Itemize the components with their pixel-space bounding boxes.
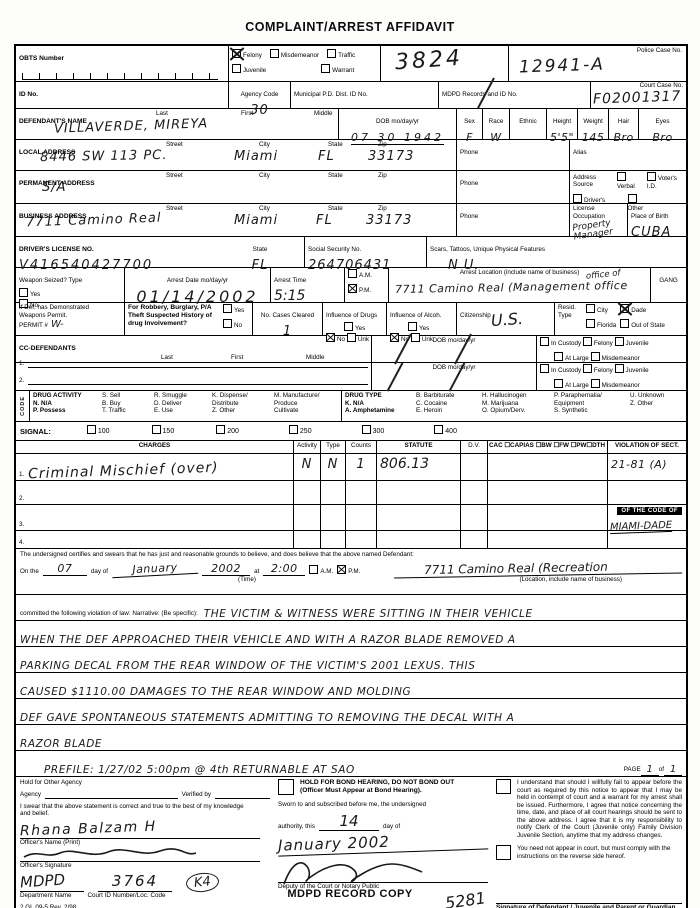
signal-400-checkbox bbox=[434, 425, 443, 434]
code-of-label: OF THE CODE OF bbox=[617, 507, 682, 515]
pm-option: P.M. bbox=[348, 284, 385, 295]
municipal-id-label: Municipal P.D. Dist. ID No. bbox=[294, 91, 368, 98]
officer-signature-label: Officer's Signature bbox=[20, 862, 270, 870]
charge-number: 2. bbox=[19, 495, 24, 503]
drug-activity-col-5: M. Manufacture/ Produce Cultivate bbox=[271, 391, 341, 421]
middle-label: Middle bbox=[306, 354, 325, 362]
violation-header: VIOLATION OF SECT. bbox=[607, 441, 686, 453]
resid-city-checkbox bbox=[586, 304, 595, 313]
street-label: Street bbox=[166, 205, 183, 213]
officer-print-line: Rhana Balzam H bbox=[20, 820, 260, 839]
arrest-date-label: Arrest Date mo/day/yr bbox=[167, 277, 228, 284]
weight-field: Weight145 bbox=[577, 109, 608, 139]
phone-label: Phone bbox=[460, 213, 478, 220]
charge-2-statute bbox=[376, 481, 460, 504]
charge-value: Criminal Mischief (over) bbox=[28, 460, 219, 483]
sworn-month-value: January 2002 bbox=[278, 832, 390, 854]
charge-4-warrant bbox=[487, 531, 607, 548]
code-column: CODE bbox=[16, 391, 29, 421]
oath-time-value: 2:00 bbox=[263, 562, 305, 576]
status-options-row2: At Large Misdemeanor bbox=[554, 352, 683, 363]
charge-1-warrant bbox=[487, 454, 607, 480]
drugs-yes-option: Yes bbox=[344, 322, 383, 333]
bond-hearing-text: HOLD FOR BOND HEARING, DO NOT BOND OUT (… bbox=[300, 779, 460, 795]
verified-blank-line bbox=[215, 790, 270, 799]
weight-label: Weight bbox=[583, 118, 602, 125]
oath-am-option: A.M. bbox=[309, 565, 333, 576]
arrest-location-value: 7711 Camino Real (Management office bbox=[395, 279, 628, 296]
permanent-address-value: S/A bbox=[42, 180, 67, 195]
ethnic-label: Ethnic bbox=[519, 118, 537, 125]
signal-250-checkbox bbox=[289, 425, 298, 434]
charge-4-dv bbox=[460, 531, 487, 548]
charge-4-statute bbox=[376, 531, 460, 548]
narrative-intro-label: committed the following violation of law… bbox=[20, 610, 198, 620]
arrest-time-label: Arrest Time bbox=[274, 277, 306, 284]
drivers-license-label: DRIVER'S LICENSE NO. bbox=[19, 246, 94, 253]
codefendant-1-field: CC-DEFENDANTS 1. Last First Middle bbox=[16, 336, 371, 362]
charge-number: 1. bbox=[19, 471, 24, 479]
code-label: CODE bbox=[20, 396, 26, 416]
unit-number-value: 3824 bbox=[394, 46, 464, 76]
zip-label: Zip bbox=[378, 172, 387, 180]
resid-dade-checkbox bbox=[620, 304, 629, 313]
pm-checkbox bbox=[348, 284, 357, 293]
citizenship-value: U.S. bbox=[490, 309, 523, 330]
charge-1-dv bbox=[460, 454, 487, 480]
drivers-license-field: DRIVER'S LICENSE NO. V416540427700 bbox=[16, 237, 216, 267]
occupation-field: Occupation Property Manager bbox=[569, 204, 627, 236]
at-label: at bbox=[254, 568, 259, 576]
certification-text: The undersigned certifies and swears tha… bbox=[20, 551, 682, 559]
misdemeanor-option: Misdemeanor bbox=[270, 49, 319, 60]
charge-4-counts bbox=[345, 531, 376, 548]
local-street-value: 8446 SW 113 PC. bbox=[40, 148, 168, 165]
signal-400-option: 400 bbox=[434, 425, 457, 436]
city-label: City bbox=[259, 141, 270, 149]
city-label: City bbox=[259, 172, 270, 180]
local-address-field: LOCAL ADDRESS Street City State Zip 8446… bbox=[16, 140, 456, 170]
dv-header: D.V. bbox=[460, 441, 487, 453]
charge-row-3: 3. bbox=[16, 505, 293, 530]
traffic-option: Traffic bbox=[327, 49, 355, 60]
narrative-line-1: THE VICTIM & WITNESS WERE SITTING IN THE… bbox=[204, 608, 533, 620]
charge-2-warrant bbox=[487, 481, 607, 504]
resid-city-option: City bbox=[586, 304, 616, 315]
warrant-option: Warrant bbox=[321, 64, 354, 75]
signal-200-checkbox bbox=[216, 425, 225, 434]
warrant-type-header: CAC ☐CAPIAS ☐BW ☐FW ☐PW☐DTH bbox=[487, 441, 607, 453]
citizenship-label: Citizenship bbox=[460, 312, 491, 319]
unit-number-field: 3824 bbox=[380, 46, 508, 81]
influence-alcohol-label: Influence of Alcoh. bbox=[390, 312, 441, 319]
arrest-location-field: Arrest Location (include name of busines… bbox=[388, 268, 650, 302]
signal-300-checkbox bbox=[362, 425, 371, 434]
zip-label: Zip bbox=[378, 205, 387, 213]
height-label: Height bbox=[553, 118, 571, 125]
state-label: State bbox=[328, 172, 343, 180]
am-option: A.M. bbox=[348, 269, 385, 280]
phone-label: Phone bbox=[460, 180, 478, 187]
charge-3-statute bbox=[376, 505, 460, 530]
zip-label: Zip bbox=[378, 141, 387, 149]
state-label: State bbox=[328, 205, 343, 213]
juvenile-checkbox bbox=[232, 64, 241, 73]
permanent-phone-field: Phone bbox=[456, 171, 569, 203]
charge-4-activity bbox=[293, 531, 320, 548]
id-number-label: ID No. bbox=[19, 91, 38, 98]
drug-activity-col-2: S. Sell B. Buy T. Traffic bbox=[99, 391, 151, 421]
last-label: Last bbox=[156, 110, 168, 118]
charge-1-activity: N bbox=[293, 454, 320, 480]
charge-2-counts bbox=[345, 481, 376, 504]
arrest-ampm-field: A.M. P.M. bbox=[344, 268, 388, 302]
city-label: City bbox=[259, 205, 270, 213]
robbery-history-label: For Robbery, Burglary, P/A Theft Suspect… bbox=[128, 304, 221, 334]
no-appear-text: You need not appear in court, but must c… bbox=[517, 845, 682, 860]
charge-number: 4. bbox=[19, 539, 24, 547]
municipal-id-field: Municipal P.D. Dist. ID No. bbox=[290, 82, 438, 108]
classification-checkboxes: Felony Misdemeanor Traffic Juvenile Warr… bbox=[228, 46, 380, 81]
weapon-seized-field: Weapon Seized? Type Yes No bbox=[16, 268, 124, 302]
cases-cleared-field: No. Cases Cleared 1 bbox=[252, 303, 322, 335]
oath-year-value: 2002 bbox=[202, 562, 250, 576]
codefendant-2-number: 2. bbox=[19, 377, 24, 385]
defendant-name-field: DEFENDANT'S NAME Last First Middle VILLA… bbox=[16, 109, 338, 139]
officer-print-value: Rhana Balzam H bbox=[20, 818, 157, 839]
obts-number-field: OBTS Number bbox=[16, 46, 228, 81]
officer-swear-text: I swear that the above statement is corr… bbox=[20, 803, 245, 818]
charge-1-type: N bbox=[320, 454, 345, 480]
business-city-value: Miami bbox=[234, 213, 278, 228]
first-label: First bbox=[231, 354, 243, 362]
permanent-address-field: PERMANENT ADDRESS Street City State Zip … bbox=[16, 171, 456, 203]
sworn-text: Sworn to and subscribed before me, the u… bbox=[278, 801, 488, 809]
permit-line1: If Def. has Demonstrated bbox=[19, 304, 121, 312]
street-label: Street bbox=[166, 141, 183, 149]
codefendant-1-dob-field: DOB mo/day/yr bbox=[371, 336, 536, 362]
affidavit-form: OBTS Number Felony Misdemeanor Traffic J… bbox=[14, 44, 688, 908]
felony-checkbox bbox=[232, 49, 241, 58]
race-field: RaceW bbox=[482, 109, 509, 139]
gang-field: GANG bbox=[650, 268, 686, 302]
agency-label: Agency bbox=[20, 791, 41, 799]
charge-2-activity bbox=[293, 481, 320, 504]
statute-header: STATUTE bbox=[376, 441, 460, 453]
middle-label: Middle bbox=[314, 110, 333, 118]
page-label: PAGE bbox=[624, 766, 641, 776]
influence-alcohol-field: Influence of Alcoh. Yes No Unk bbox=[386, 303, 456, 335]
charge-row-4: 4. bbox=[16, 531, 293, 548]
dob-label: DOB mo/day/yr bbox=[376, 118, 419, 125]
type-header: Type bbox=[320, 441, 345, 453]
charge-1-statute: 806.13 bbox=[376, 454, 460, 480]
oath-am-checkbox bbox=[309, 565, 318, 574]
signal-250-option: 250 bbox=[289, 425, 312, 436]
local-phone-field: Phone bbox=[456, 140, 569, 170]
charge-3-type bbox=[320, 505, 345, 530]
drug-type-col-3: H. Hallucinogen M. Marijuana O. Opium/De… bbox=[479, 391, 551, 421]
status-options-row1: In Custody Felony Juvenile bbox=[540, 364, 683, 375]
narrative-line-2: WHEN THE DEF APPROACHED THEIR VEHICLE AN… bbox=[20, 634, 516, 646]
codefendant-2-field: 2. bbox=[16, 363, 371, 390]
records-id-field: MDPD Records and ID No. bbox=[438, 82, 590, 108]
signal-300-option: 300 bbox=[362, 425, 385, 436]
charge-3-dv bbox=[460, 505, 487, 530]
resid-out-option: Out of State bbox=[620, 319, 665, 330]
street-label: Street bbox=[166, 172, 183, 180]
gang-label: GANG bbox=[659, 277, 678, 284]
court-case-field: Court Case No. F02001317 bbox=[590, 82, 686, 108]
local-zip-value: 33173 bbox=[368, 149, 414, 164]
weapon-yes-option: Yes bbox=[19, 288, 121, 299]
code-of-value: MIAMI-DADE bbox=[610, 520, 673, 534]
id-number-field: ID No. bbox=[16, 82, 228, 108]
oath-section: The undersigned certifies and swears tha… bbox=[16, 549, 686, 595]
influence-drugs-label: Influence of Drugs bbox=[326, 312, 377, 319]
drugs-yes-checkbox bbox=[344, 322, 353, 331]
agency-code-label: Agency Code bbox=[241, 91, 279, 98]
at-large-checkbox bbox=[554, 352, 563, 361]
defendant-signature-label: Signature of Defendant / Juvenile and Pa… bbox=[496, 904, 682, 908]
page-number: 1 bbox=[641, 764, 659, 776]
felony-option: Felony bbox=[232, 49, 262, 60]
arrest-time-value: 5:15 bbox=[274, 288, 305, 304]
oath-pm-option: P.M. bbox=[337, 565, 360, 576]
drug-type-col-5: U. Unknown Z. Other bbox=[627, 391, 686, 421]
am-checkbox bbox=[348, 269, 357, 278]
agency-blank-line bbox=[45, 790, 178, 799]
robbery-no-option: No bbox=[223, 319, 249, 330]
race-label: Race bbox=[489, 118, 504, 125]
license-state-field: State FL bbox=[216, 237, 304, 267]
drug-type-col-2: B. Barbiturate C. Cocaine E. Heroin bbox=[413, 391, 479, 421]
business-address-field: BUSINESS ADDRESS Street City State Zip 7… bbox=[16, 204, 456, 236]
voters-id-checkbox bbox=[647, 172, 656, 181]
verified-by-label: Verified by bbox=[182, 791, 211, 799]
robbery-no-checkbox bbox=[223, 319, 232, 328]
status-options-row1: In Custody Felony Juvenile bbox=[540, 337, 683, 348]
felony-checkbox bbox=[583, 337, 592, 346]
ssn-label: Social Security No. bbox=[308, 246, 361, 253]
other-checkbox bbox=[628, 194, 637, 203]
codefendant-2-status-field: In Custody Felony Juvenile At Large Misd… bbox=[536, 363, 686, 390]
signal-100-checkbox bbox=[87, 425, 96, 434]
record-copy-footer: MDPD RECORD COPY bbox=[0, 888, 700, 900]
weapons-permit-field: If Def. has Demonstrated Weapons Permit.… bbox=[16, 303, 124, 335]
drug-type-col-4: P. Paraphernalia/ Equipment S. Synthetic bbox=[551, 391, 627, 421]
phone-label: Phone bbox=[460, 149, 478, 156]
charge-row-1: 1. Criminal Mischief (over) bbox=[16, 454, 293, 480]
warrant-checkbox bbox=[321, 64, 330, 73]
sworn-month-line: January 2002 bbox=[278, 829, 489, 856]
charge-number: 3. bbox=[19, 521, 24, 529]
court-case-value: F02001317 bbox=[593, 88, 682, 107]
permit-line3: PERMIT # bbox=[19, 322, 48, 330]
felony-checkbox bbox=[583, 364, 592, 373]
charges-table: CHARGES Activity Type Counts STATUTE D.V… bbox=[16, 441, 686, 549]
robbery-yes-checkbox bbox=[223, 304, 232, 313]
misdemeanor-checkbox bbox=[591, 352, 600, 361]
charge-1-violation: 21-81 (A) bbox=[607, 454, 686, 480]
signal-label: SIGNAL: bbox=[20, 427, 51, 436]
charge-2-dv bbox=[460, 481, 487, 504]
dob-field: DOB mo/day/yr 07 30 1942 bbox=[338, 109, 456, 139]
place-of-birth-label: Place of Birth bbox=[631, 213, 668, 220]
resid-out-checkbox bbox=[620, 319, 629, 328]
resid-type-label: Resid. Type bbox=[558, 304, 582, 334]
hold-other-agency-label: Hold for Other Agency bbox=[20, 779, 270, 787]
signal-200-option: 200 bbox=[216, 425, 239, 436]
local-city-value: Miami bbox=[234, 149, 278, 164]
status-options-row2: At Large Misdemeanor bbox=[554, 379, 683, 390]
codefendant-1-status-field: In Custody Felony Juvenile At Large Misd… bbox=[536, 336, 686, 362]
alcohol-yes-checkbox bbox=[408, 322, 417, 331]
signal-100-option: 100 bbox=[87, 425, 110, 436]
traffic-checkbox bbox=[327, 49, 336, 58]
narrative-line-7: PREFILE: 1/27/02 5:00pm @ 4th RETURNABLE… bbox=[44, 764, 624, 776]
resid-florida-option: Florida bbox=[586, 319, 616, 330]
weapon-yes-checkbox bbox=[19, 288, 28, 297]
sworn-day-of-label: day of bbox=[383, 823, 400, 831]
police-case-field: Police Case No. 12941-A bbox=[508, 46, 686, 81]
place-of-birth-field: Place of Birth CUBA bbox=[627, 204, 686, 236]
sex-label: Sex bbox=[464, 118, 475, 125]
drug-activity-col-1: DRUG ACTIVITY N. N/A P. Possess bbox=[29, 391, 99, 421]
appear-notice-checkbox bbox=[496, 779, 511, 794]
charge-row-2: 2. bbox=[16, 481, 293, 504]
voters-id-option: Voter's I.D. bbox=[647, 172, 683, 190]
alias-field: Alias bbox=[569, 140, 686, 170]
cases-cleared-label: No. Cases Cleared bbox=[261, 312, 314, 319]
arrest-date-field: Arrest Date mo/day/yr 01/14/2002 bbox=[124, 268, 270, 302]
charge-1-counts: 1 bbox=[345, 454, 376, 480]
obts-label: OBTS Number bbox=[19, 55, 64, 62]
dob-label: DOB mo/day/yr bbox=[375, 337, 533, 345]
address-source-field: Address Source Verbal Voter's I.D. Drive… bbox=[569, 171, 686, 203]
juvenile-checkbox bbox=[615, 337, 624, 346]
page-title: COMPLAINT/ARREST AFFIDAVIT bbox=[0, 20, 700, 34]
charge-3-counts bbox=[345, 505, 376, 530]
signal-150-option: 150 bbox=[152, 425, 175, 436]
narrative-section: committed the following violation of law… bbox=[16, 595, 686, 777]
permit-value: W- bbox=[51, 319, 64, 330]
license-state-label: State bbox=[253, 246, 268, 253]
hair-field: HairBro bbox=[608, 109, 638, 139]
sex-field: SexF bbox=[456, 109, 482, 139]
address-source-label: Address Source bbox=[573, 174, 612, 189]
police-case-label: Police Case No. bbox=[637, 47, 682, 55]
oath-day-value: 07 bbox=[43, 562, 87, 576]
verbal-checkbox bbox=[617, 172, 626, 181]
agency-code-field: Agency Code 30 bbox=[228, 82, 290, 108]
charges-header: CHARGES bbox=[16, 441, 293, 453]
charge-4-type bbox=[320, 531, 345, 548]
eyes-field: EyesBro bbox=[638, 109, 686, 139]
resid-florida-checkbox bbox=[586, 319, 595, 328]
business-phone-field: Phone bbox=[456, 204, 569, 236]
officer-print-label: Officer's Name (Print) bbox=[20, 839, 270, 847]
drug-activity-col-4: K. Dispense/ Distribute Z. Other bbox=[209, 391, 271, 421]
form-code: 2.GL.09-5 Rev. 2/98 bbox=[20, 904, 270, 908]
height-field: Height5'5" bbox=[546, 109, 577, 139]
misdemeanor-checkbox bbox=[591, 379, 600, 388]
verbal-option: Verbal bbox=[617, 172, 642, 190]
charge-3-activity bbox=[293, 505, 320, 530]
understand-text: I understand that should I willfully fai… bbox=[517, 779, 682, 839]
weapon-seized-label: Weapon Seized? Type bbox=[19, 277, 82, 284]
first-label: First bbox=[241, 110, 253, 118]
sworn-day-value: 14 bbox=[319, 812, 379, 831]
oath-pm-checkbox bbox=[337, 565, 346, 574]
narrative-line-3: PARKING DECAL FROM THE REAR WINDOW OF TH… bbox=[20, 660, 475, 672]
scars-field: Scars, Tattoos, Unique Physical Features… bbox=[426, 237, 686, 267]
activity-header: Activity bbox=[293, 441, 320, 453]
juvenile-checkbox bbox=[615, 364, 624, 373]
robbery-yes-option: Yes bbox=[223, 304, 249, 315]
codefendants-label: CC-DEFENDANTS bbox=[19, 345, 76, 352]
influence-drugs-field: Influence of Drugs Yes No Unk bbox=[322, 303, 386, 335]
hair-label: Hair bbox=[618, 118, 630, 125]
bond-hearing-checkbox bbox=[278, 779, 294, 795]
business-zip-value: 33173 bbox=[366, 213, 412, 228]
time-sublabel: (Time) bbox=[238, 576, 256, 584]
in-custody-checkbox bbox=[540, 364, 549, 373]
drug-type-col-1: DRUG TYPE K. N/A A. Amphetamine bbox=[341, 391, 413, 421]
signal-150-checkbox bbox=[152, 425, 161, 434]
citizenship-field: Citizenship U.S. bbox=[456, 303, 554, 335]
alias-label: Alias bbox=[573, 149, 587, 156]
no-appear-checkbox bbox=[496, 845, 511, 860]
drivers-license-checkbox bbox=[573, 194, 582, 203]
day-of-label: day of bbox=[91, 568, 108, 576]
charge-3-warrant bbox=[487, 505, 607, 530]
juvenile-option: Juvenile bbox=[232, 64, 266, 75]
authority-this-label: authority, this bbox=[278, 823, 315, 831]
charge-2-violation bbox=[607, 481, 686, 504]
charge-2-type bbox=[320, 481, 345, 504]
ethnic-field: Ethnic bbox=[509, 109, 546, 139]
codefendant-2-name-line bbox=[28, 372, 368, 385]
obts-tick-marks bbox=[22, 73, 218, 80]
affidavit-page: COMPLAINT/ARREST AFFIDAVIT OBTS Number F… bbox=[0, 0, 700, 908]
records-id-label: MDPD Records and ID No. bbox=[442, 91, 518, 98]
on-the-label: On the bbox=[20, 568, 39, 576]
police-case-value: 12941-A bbox=[519, 55, 605, 78]
alcohol-yes-option: Yes bbox=[408, 322, 453, 333]
narrative-line-4: CAUSED $1110.00 DAMAGES TO THE REAR WIND… bbox=[20, 686, 411, 698]
scars-label: Scars, Tattoos, Unique Physical Features bbox=[430, 246, 545, 253]
misdemeanor-checkbox bbox=[270, 49, 279, 58]
resid-type-field: Resid. Type City Florida Dade Out of Sta… bbox=[554, 303, 686, 335]
ssn-field: Social Security No. 264706431 bbox=[304, 237, 426, 267]
officer-signature-line bbox=[20, 847, 260, 862]
last-label: Last bbox=[161, 354, 173, 362]
page-total: 1 bbox=[664, 764, 682, 776]
narrative-line-6: RAZOR BLADE bbox=[20, 738, 102, 750]
state-label: State bbox=[328, 141, 343, 149]
eyes-label: Eyes bbox=[656, 118, 670, 125]
location-sublabel: (Location, include name of business) bbox=[519, 576, 622, 584]
at-large-checkbox bbox=[554, 379, 563, 388]
resid-dade-option: Dade bbox=[620, 304, 665, 315]
robbery-history-field: For Robbery, Burglary, P/A Theft Suspect… bbox=[124, 303, 252, 335]
arrest-time-field: Arrest Time 5:15 bbox=[270, 268, 344, 302]
codefendant-2-dob-field: DOB mo/day/yr bbox=[371, 363, 536, 390]
narrative-line-5: DEF GAVE SPONTANEOUS STATEMENTS ADMITTIN… bbox=[20, 712, 514, 724]
drug-activity-col-3: R. Smuggle D. Deliver E. Use bbox=[151, 391, 209, 421]
business-state-value: FL bbox=[316, 213, 333, 228]
